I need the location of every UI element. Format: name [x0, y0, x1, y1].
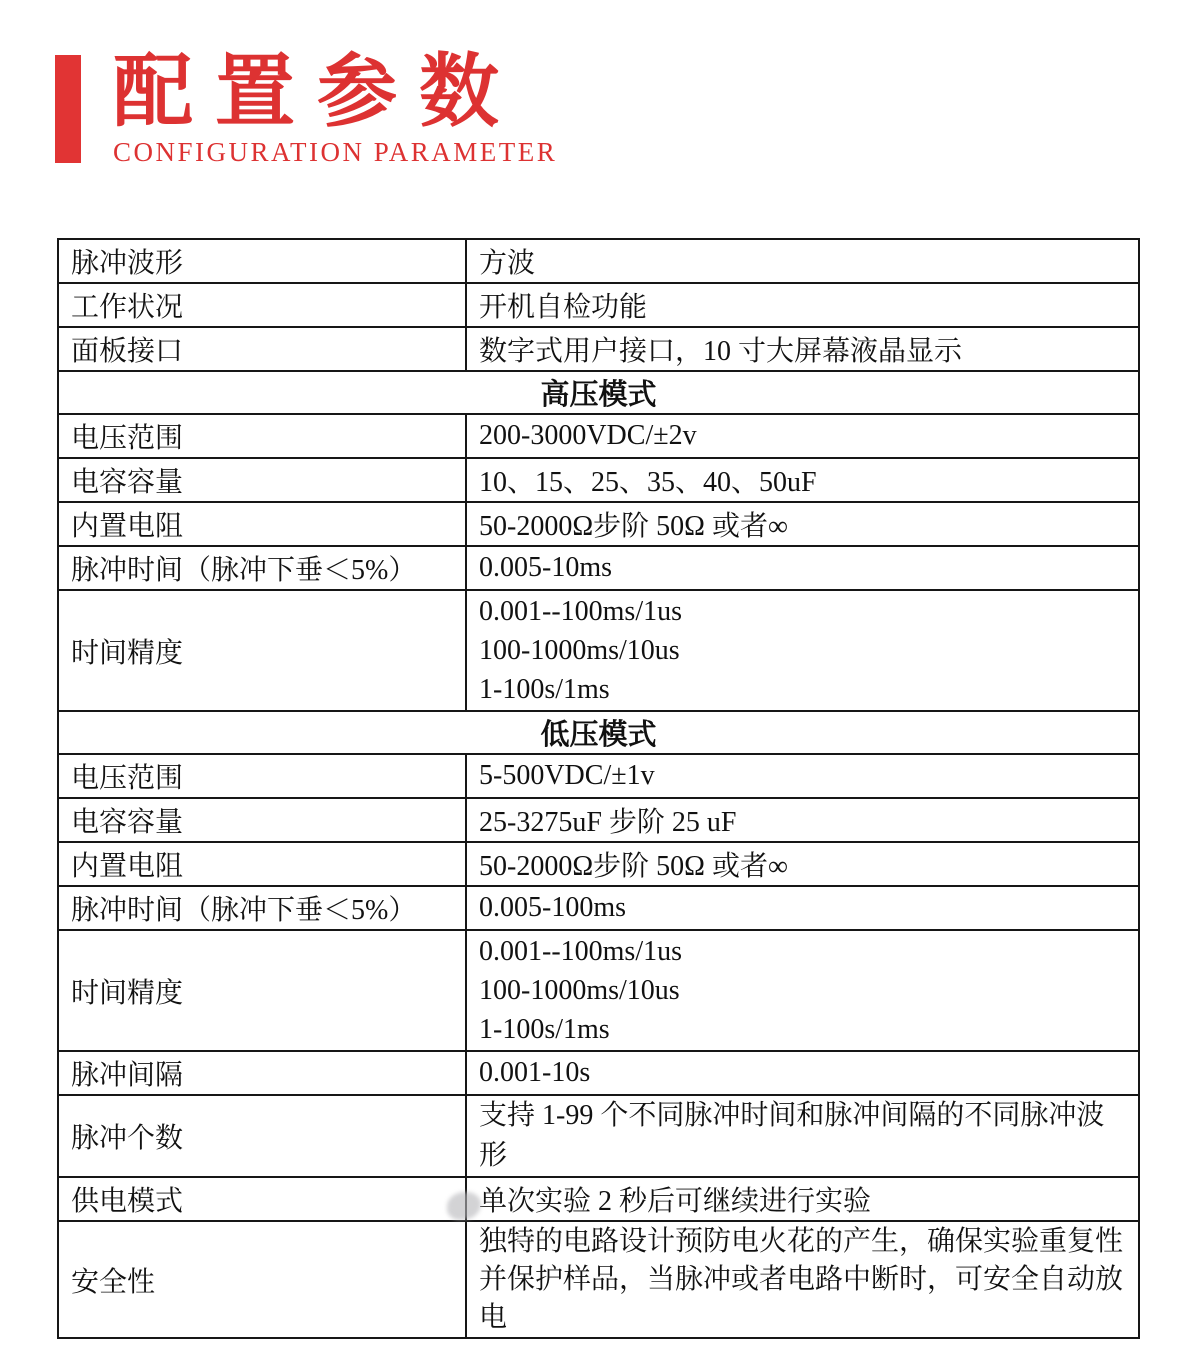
spec-label: 安全性: [58, 1221, 466, 1338]
spec-value: 0.001--100ms/1us 100-1000ms/10us 1-100s/…: [466, 930, 1139, 1051]
spec-value: 支持 1-99 个不同脉冲时间和脉冲间隔的不同脉冲波形: [466, 1095, 1139, 1177]
table-row: 电容容量 10、15、25、35、40、50uF: [58, 458, 1139, 502]
spec-value: 25-3275uF 步阶 25 uF: [466, 798, 1139, 842]
table-row: 内置电阻 50-2000Ω步阶 50Ω 或者∞: [58, 842, 1139, 886]
page-header: 配置参数 CONFIGURATION PARAMETER: [55, 53, 557, 168]
spec-value: 0.005-100ms: [466, 886, 1139, 930]
spec-value-line: 0.001--100ms/1us: [479, 932, 1130, 971]
table-row: 时间精度 0.001--100ms/1us 100-1000ms/10us 1-…: [58, 930, 1139, 1051]
spec-value: 数字式用户接口，10 寸大屏幕液晶显示: [466, 327, 1139, 371]
spec-value-line: 100-1000ms/10us: [479, 971, 1130, 1010]
section-title: 高压模式: [58, 371, 1139, 414]
spec-value-line: 1-100s/1ms: [479, 670, 1130, 709]
spec-value-line: 0.001--100ms/1us: [479, 592, 1130, 631]
spec-label: 工作状况: [58, 283, 466, 327]
table-row: 电压范围 5-500VDC/±1v: [58, 754, 1139, 798]
page-title: 配置参数: [113, 53, 557, 131]
section-row-high-voltage: 高压模式: [58, 371, 1139, 414]
spec-label: 脉冲时间（脉冲下垂＜5%）: [58, 546, 466, 590]
spec-value: 50-2000Ω步阶 50Ω 或者∞: [466, 502, 1139, 546]
table-row: 脉冲波形 方波: [58, 239, 1139, 283]
table-row: 电压范围 200-3000VDC/±2v: [58, 414, 1139, 458]
spec-label: 时间精度: [58, 590, 466, 711]
table-row: 脉冲个数 支持 1-99 个不同脉冲时间和脉冲间隔的不同脉冲波形: [58, 1095, 1139, 1177]
table-row: 供电模式 单次实验 2 秒后可继续进行实验: [58, 1177, 1139, 1221]
table-row: 时间精度 0.001--100ms/1us 100-1000ms/10us 1-…: [58, 590, 1139, 711]
spec-label: 电压范围: [58, 754, 466, 798]
spec-value: 单次实验 2 秒后可继续进行实验: [466, 1177, 1139, 1221]
spec-label: 面板接口: [58, 327, 466, 371]
spec-value: 200-3000VDC/±2v: [466, 414, 1139, 458]
table-row: 电容容量 25-3275uF 步阶 25 uF: [58, 798, 1139, 842]
spec-label: 电容容量: [58, 458, 466, 502]
spec-value: 0.001--100ms/1us 100-1000ms/10us 1-100s/…: [466, 590, 1139, 711]
table-row: 面板接口 数字式用户接口，10 寸大屏幕液晶显示: [58, 327, 1139, 371]
spec-label: 脉冲时间（脉冲下垂＜5%）: [58, 886, 466, 930]
table-row: 脉冲间隔 0.001-10s: [58, 1051, 1139, 1095]
spec-label: 电容容量: [58, 798, 466, 842]
spec-value: 方波: [466, 239, 1139, 283]
table-row: 工作状况 开机自检功能: [58, 283, 1139, 327]
spec-value: 开机自检功能: [466, 283, 1139, 327]
spec-label: 内置电阻: [58, 842, 466, 886]
spec-value: 0.005-10ms: [466, 546, 1139, 590]
spec-label: 脉冲间隔: [58, 1051, 466, 1095]
spec-label: 脉冲波形: [58, 239, 466, 283]
page-subtitle: CONFIGURATION PARAMETER: [113, 137, 557, 168]
table-row: 内置电阻 50-2000Ω步阶 50Ω 或者∞: [58, 502, 1139, 546]
spec-table: 脉冲波形 方波 工作状况 开机自检功能 面板接口 数字式用户接口，10 寸大屏幕…: [57, 238, 1140, 1339]
spec-value-line: 100-1000ms/10us: [479, 631, 1130, 670]
spec-label: 脉冲个数: [58, 1095, 466, 1177]
spec-value: 50-2000Ω步阶 50Ω 或者∞: [466, 842, 1139, 886]
spec-label: 供电模式: [58, 1177, 466, 1221]
accent-bar: [55, 55, 81, 163]
spec-value: 5-500VDC/±1v: [466, 754, 1139, 798]
spec-label: 内置电阻: [58, 502, 466, 546]
table-row: 脉冲时间（脉冲下垂＜5%） 0.005-10ms: [58, 546, 1139, 590]
spec-sheet-page: { "header": { "title_cn": "配置参数", "subti…: [0, 0, 1200, 1353]
section-title: 低压模式: [58, 711, 1139, 754]
spec-label: 时间精度: [58, 930, 466, 1051]
spec-value: 0.001-10s: [466, 1051, 1139, 1095]
spec-label: 电压范围: [58, 414, 466, 458]
title-block: 配置参数 CONFIGURATION PARAMETER: [113, 53, 557, 168]
table-row: 安全性 独特的电路设计预防电火花的产生，确保实验重复性并保护样品，当脉冲或者电路…: [58, 1221, 1139, 1338]
spec-value: 10、15、25、35、40、50uF: [466, 458, 1139, 502]
spec-value-line: 1-100s/1ms: [479, 1010, 1130, 1049]
section-row-low-voltage: 低压模式: [58, 711, 1139, 754]
spec-value: 独特的电路设计预防电火花的产生，确保实验重复性并保护样品，当脉冲或者电路中断时，…: [466, 1221, 1139, 1338]
table-row: 脉冲时间（脉冲下垂＜5%） 0.005-100ms: [58, 886, 1139, 930]
